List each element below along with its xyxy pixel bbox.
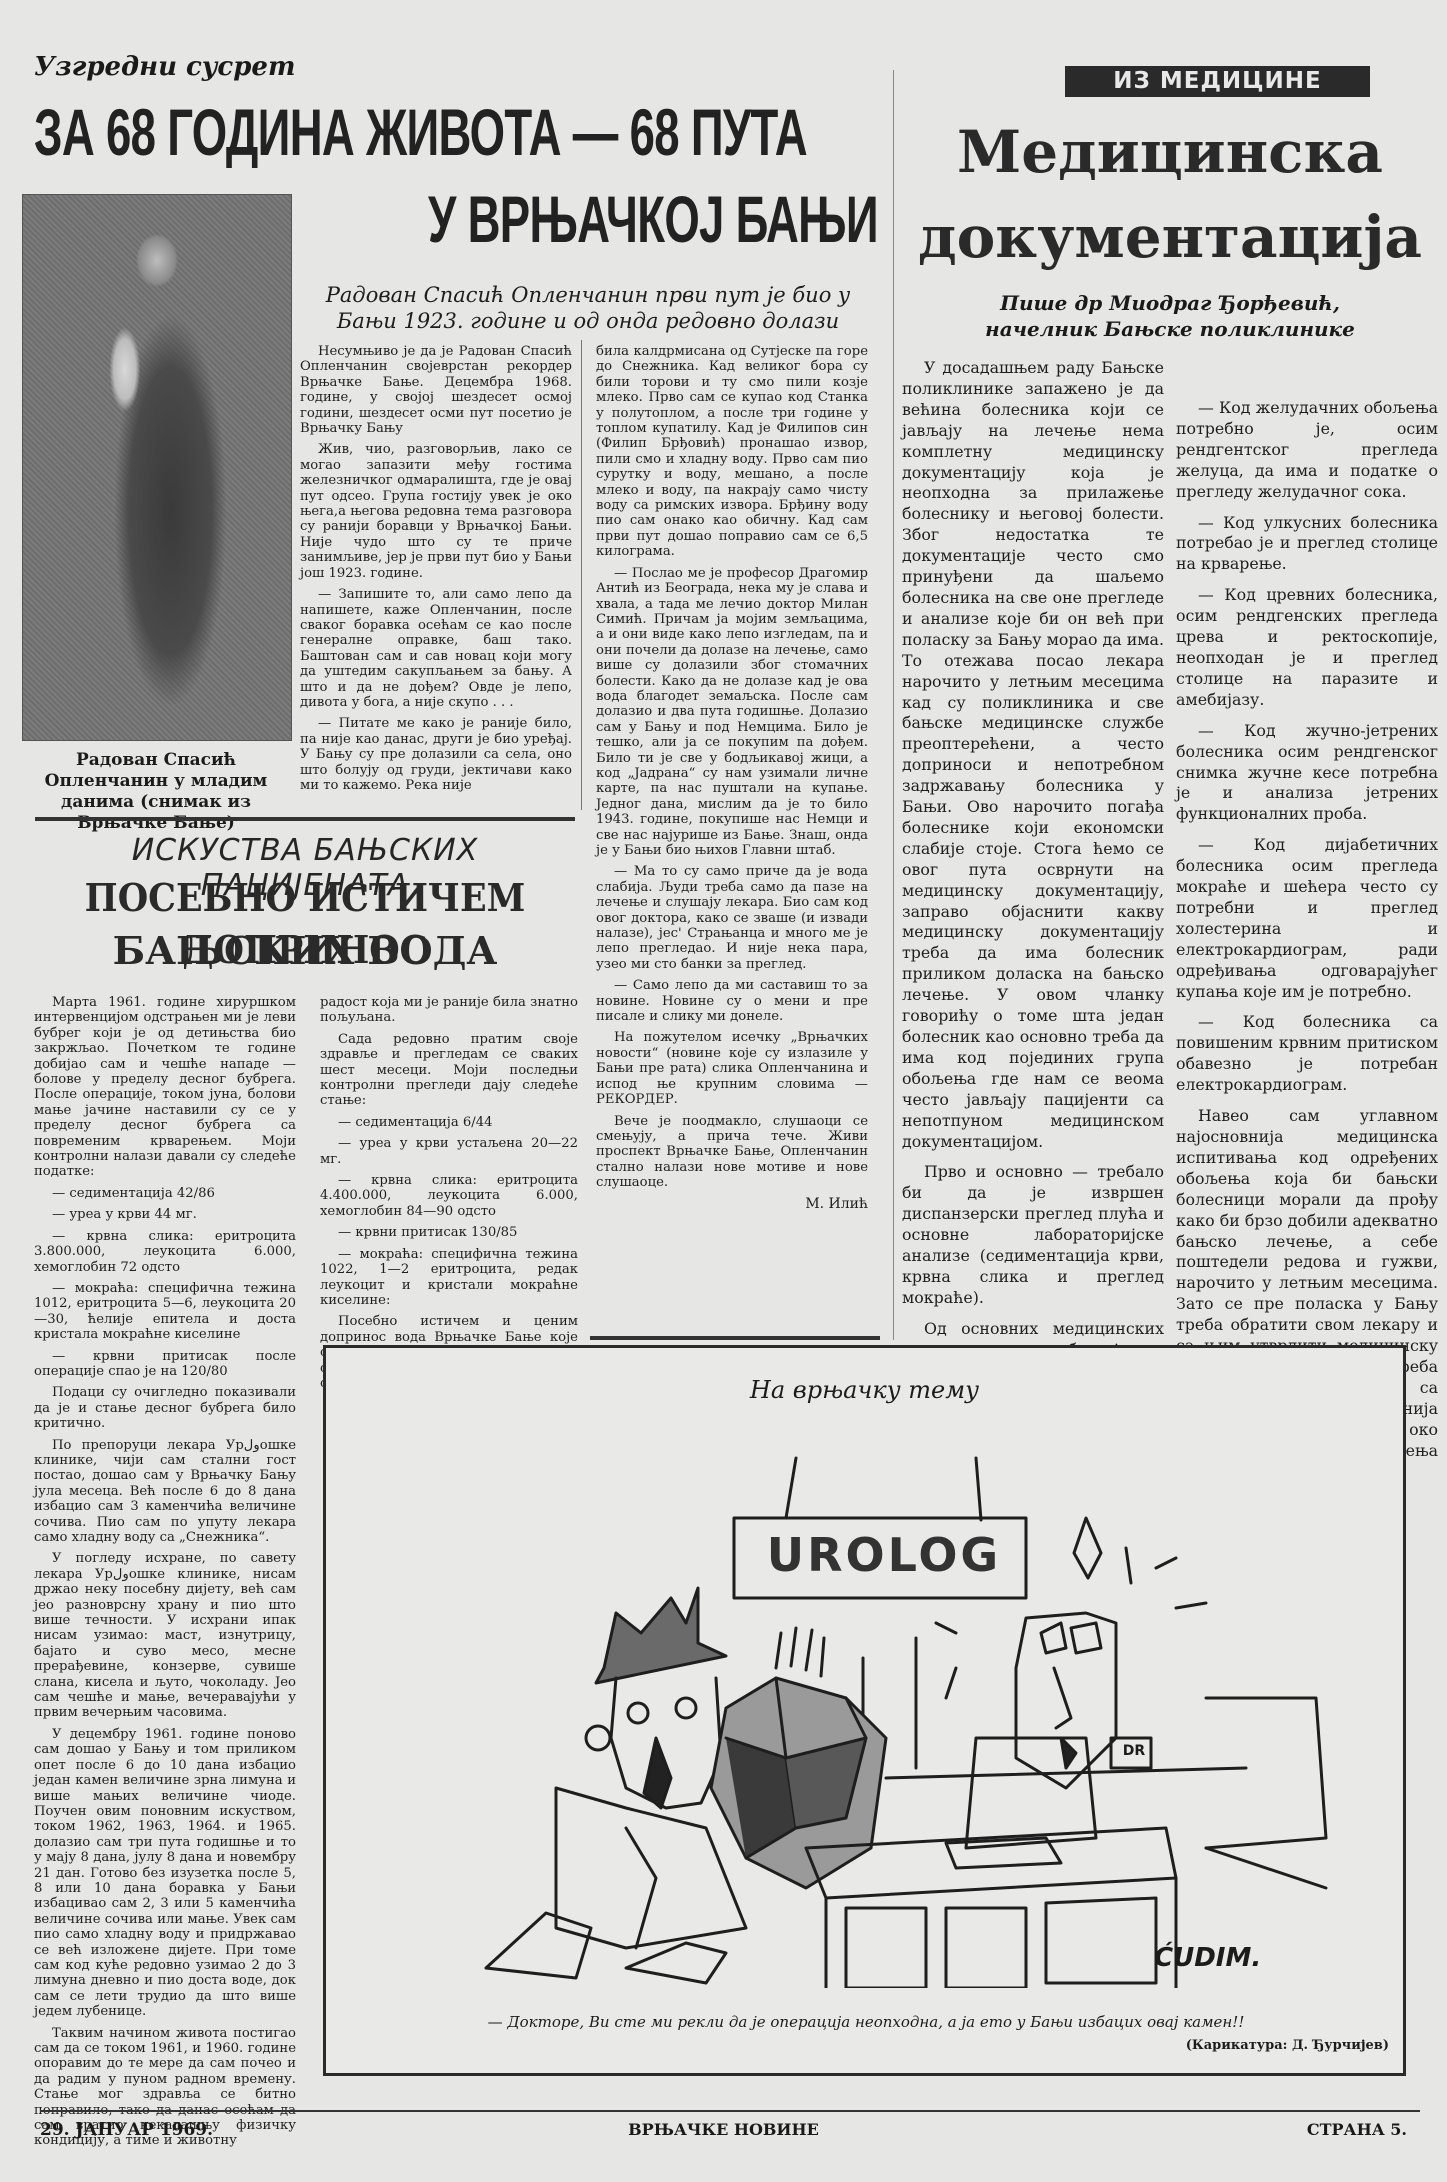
cartoon-title: На врњачку тему bbox=[326, 1376, 1403, 1404]
cartoon-drawing bbox=[326, 1408, 1403, 1988]
paragraph: била калдрмисана од Сутјеске па горе до … bbox=[596, 344, 868, 560]
author-name: Пише др Миодраг Ђорђевић, bbox=[900, 290, 1440, 316]
lab-value: — уреа у крви 44 мг. bbox=[34, 1207, 296, 1222]
lab-value: — седиментација 6/44 bbox=[320, 1115, 578, 1130]
cartoon-panel: На врњачку тему bbox=[323, 1345, 1406, 2076]
cartoon-caption: — Докторе, Ви сте ми рекли да је операци… bbox=[346, 2013, 1386, 2031]
article-column-1: Несумњиво је да је Радован Спасић Опленч… bbox=[300, 344, 572, 799]
paragraph: У досадашњем раду Бањске поликлинике зап… bbox=[902, 358, 1164, 1152]
paragraph: — Ма то су само приче да је вода слабија… bbox=[596, 864, 868, 972]
divider bbox=[590, 1336, 880, 1340]
urolog-sign: UROLOG bbox=[744, 1528, 1024, 1582]
paragraph: радост која ми је раније била знатно пољ… bbox=[320, 995, 578, 1026]
paragraph: По препоруци лекара Урولошке клинике, чи… bbox=[34, 1438, 296, 1546]
patients-headline-line2: БАЊСКИХ ВОДА bbox=[35, 925, 575, 977]
desk-nameplate: DR bbox=[1116, 1743, 1152, 1759]
paragraph: — Запишите то, али само лепо да напишете… bbox=[300, 587, 572, 710]
cartoon-credit: (Карикатура: Д. Ђурчијев) bbox=[1186, 2038, 1389, 2053]
paragraph: — Само лепо да ми саставиш то за новине.… bbox=[596, 978, 868, 1024]
paragraph: — Код болесника са повишеним крвним прит… bbox=[1176, 1012, 1438, 1096]
medicine-column-1: У досадашњем раду Бањске поликлинике зап… bbox=[902, 358, 1164, 1433]
medicine-title-line2: документација bbox=[900, 197, 1440, 277]
lab-value: — мокраћа: специфична тежина 1022, 1—2 е… bbox=[320, 1247, 578, 1309]
newspaper-name: ВРЊАЧКЕ НОВИНЕ bbox=[0, 2120, 1447, 2139]
paragraph: На пожутелом исечку „Врњачких новости“ (… bbox=[596, 1030, 868, 1107]
page-number: СТРАНА 5. bbox=[1307, 2120, 1407, 2139]
paragraph: Подаци су очигледно показивали да је и с… bbox=[34, 1385, 296, 1431]
paragraph: Сада редовно пратим своје здравље и прег… bbox=[320, 1032, 578, 1109]
lab-value: — крвна слика: еритроцита 4.400.000, леу… bbox=[320, 1173, 578, 1219]
article-column-2: била калдрмисана од Сутјеске па горе до … bbox=[596, 344, 868, 1212]
paragraph: — Питате ме како је раније било, па није… bbox=[300, 716, 572, 793]
paragraph: — Послао ме је професор Драгомир Антић и… bbox=[596, 566, 868, 859]
lab-value: — крвни притисак 130/85 bbox=[320, 1225, 578, 1240]
headline-line1: ЗА 68 ГОДИНА ЖИВОТА — 68 ПУТА bbox=[34, 95, 807, 169]
lab-value: — крвна слика: еритроцита 3.800.000, леу… bbox=[34, 1229, 296, 1275]
medicine-column-2: — Код желудачних обољења потребно је, ос… bbox=[1176, 398, 1438, 1492]
divider bbox=[35, 817, 575, 821]
paragraph: — Код желудачних обољења потребно је, ос… bbox=[1176, 398, 1438, 503]
author-title: начелник Бањске поликлинике bbox=[900, 316, 1440, 342]
headline-line2: У ВРЊАЧКОЈ БАЊИ bbox=[428, 182, 878, 256]
medicine-title-line1: Медицинска bbox=[900, 112, 1440, 192]
footer-rule bbox=[40, 2110, 1420, 2112]
artist-signature: ĆUDIM. bbox=[1154, 1943, 1261, 1973]
lab-value: — уреа у крви устаљена 20—22 мг. bbox=[320, 1136, 578, 1167]
lab-value: — мокраћа: специфична тежина 1012, еритр… bbox=[34, 1281, 296, 1343]
signature: М. Илић bbox=[596, 1197, 868, 1212]
author-byline: Пише др Миодраг Ђорђевић, начелник Бањск… bbox=[900, 290, 1440, 342]
article-deck: Радован Спасић Опленчанин први пут је би… bbox=[318, 282, 858, 334]
paragraph: Прво и основно — требало би да је изврше… bbox=[902, 1162, 1164, 1308]
section-badge: ИЗ МЕДИЦИНЕ bbox=[1065, 66, 1370, 97]
section-kicker: Узгредни сусрет bbox=[34, 52, 295, 82]
lab-value: — крвни притисак после операције спао је… bbox=[34, 1349, 296, 1380]
paragraph: У погледу исхране, по савету лекара Урول… bbox=[34, 1551, 296, 1720]
patients-column-1: Марта 1961. године хируршком интервенциј… bbox=[34, 995, 296, 2155]
paragraph: Жив, чио, разговорљив, лако се могао зап… bbox=[300, 442, 572, 581]
paragraph: Марта 1961. године хируршком интервенциј… bbox=[34, 995, 296, 1180]
paragraph: — Код улкусних болесника потребао је и п… bbox=[1176, 513, 1438, 576]
paragraph: У децембру 1961. године поново сам дошао… bbox=[34, 1727, 296, 2020]
paragraph: Вече је поодмакло, слушаоци се смењују, … bbox=[596, 1114, 868, 1191]
photo-caption: Радован Спасић Опленчанин у младим даним… bbox=[22, 750, 290, 834]
portrait-photo bbox=[22, 194, 292, 741]
paragraph: — Код жучно-јетрених болесника осим ренд… bbox=[1176, 721, 1438, 826]
paragraph: — Код цревних болесника, осим рендгенски… bbox=[1176, 585, 1438, 710]
paragraph: Несумњиво је да је Радован Спасић Опленч… bbox=[300, 344, 572, 436]
paragraph: — Код дијабетичних болесника осим прегле… bbox=[1176, 835, 1438, 1002]
lab-value: — седиментација 42/86 bbox=[34, 1186, 296, 1201]
